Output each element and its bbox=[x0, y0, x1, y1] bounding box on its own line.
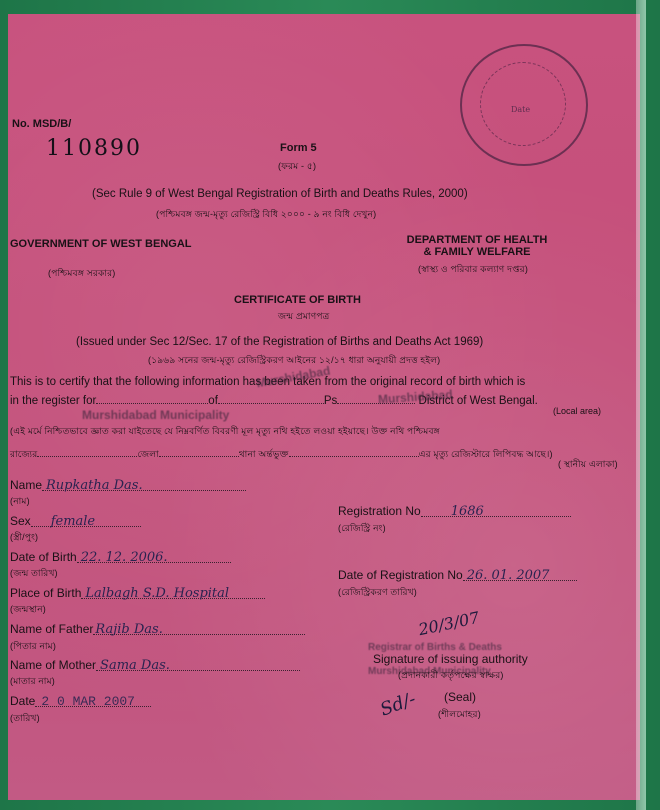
certificate-title-bn: জন্ম প্রমাণপত্র bbox=[278, 309, 329, 324]
field-registration-no: Registration No1686 bbox=[338, 504, 571, 518]
field-mother-value: Sama Das. bbox=[96, 658, 300, 671]
field-dob-label-bn: (জন্ম তারিখ) bbox=[10, 566, 58, 581]
issued-under: (Issued under Sec 12/Sec. 17 of the Regi… bbox=[76, 336, 483, 348]
field-registration-no-value: 1686 bbox=[421, 504, 571, 517]
field-name-label-bn: (নাম) bbox=[10, 494, 30, 509]
seal-label: (Seal) bbox=[444, 690, 476, 704]
field-date-value: 2 0 MAR 2007 bbox=[35, 694, 151, 707]
field-father: Name of FatherRajib Das. bbox=[10, 622, 305, 636]
field-mother-label-bn: (মাতার নাম) bbox=[10, 674, 55, 689]
form-label-bn: (ফরম - ৫) bbox=[278, 159, 316, 174]
issued-under-bn: (১৯৬৯ সনের জন্ম-মৃত্যু রেজিস্ট্রিকরণ আইন… bbox=[148, 353, 440, 368]
signature-label: Signature of issuing authority bbox=[373, 652, 528, 666]
field-sex-label-bn: (স্ত্রী/পুং) bbox=[10, 530, 38, 545]
field-dob-value: 22. 12. 2006. bbox=[77, 550, 231, 563]
certify-bn-line-1: (এই মর্মে নিশ্চিতভাবে জ্ঞাত করা যাইতেছে … bbox=[10, 424, 440, 439]
department-label-bn: (স্বাস্থ্য ও পরিবার কল্যাণ দপ্তর) bbox=[418, 262, 528, 277]
field-mother: Name of MotherSama Das. bbox=[10, 658, 300, 672]
field-father-label-bn: (পিতার নাম) bbox=[10, 639, 56, 654]
local-area-label: (Local area) bbox=[553, 406, 601, 416]
form-label: Form 5 bbox=[280, 142, 317, 154]
government-label: GOVERNMENT OF WEST BENGAL bbox=[10, 238, 192, 250]
field-date-label-bn: (তারিখ) bbox=[10, 711, 40, 726]
government-label-bn: (পশ্চিমবঙ্গ সরকার) bbox=[48, 266, 115, 281]
stamp-municipality: Murshidabad Municipality bbox=[82, 408, 229, 422]
round-office-seal: Date bbox=[460, 44, 588, 166]
certify-bn-line-2: রাজ্যেরজেলাথানা অর্ন্তভুক্তএর মৃত্যু রেজ… bbox=[10, 444, 553, 462]
initials-signature: Sd/- bbox=[377, 688, 418, 720]
rule-reference-bn: (পশ্চিমবঙ্গ জন্ম-মৃত্যু রেজিস্ট্রি বিধি … bbox=[156, 207, 376, 222]
handwritten-signature-date: 20/3/07 bbox=[417, 608, 481, 639]
field-registration-no-label-bn: (রেজিস্ট্রি নং) bbox=[338, 521, 386, 536]
plastic-sleeve-edge bbox=[636, 0, 646, 810]
certify-line-2: in the register forofPs District of West… bbox=[10, 391, 538, 407]
certificate-title: CERTIFICATE OF BIRTH bbox=[234, 294, 361, 306]
field-date: Date2 0 MAR 2007 bbox=[10, 694, 151, 708]
field-place-of-birth: Place of BirthLalbagh S.D. Hospital bbox=[10, 586, 265, 600]
field-name: NameRupkatha Das. bbox=[10, 478, 246, 492]
birth-certificate: Date No. MSD/B/ 110890 Form 5 (ফরম - ৫) … bbox=[8, 14, 640, 800]
field-registration-date: Date of Registration No26. 01. 2007 bbox=[338, 568, 577, 582]
field-place-of-birth-label-bn: (জন্মস্থান) bbox=[10, 602, 46, 617]
signature-label-bn: (প্রদানকারী কর্তৃপক্ষের স্বাক্ষর) bbox=[398, 668, 504, 683]
serial-number: 110890 bbox=[46, 136, 142, 161]
field-name-value: Rupkatha Das. bbox=[42, 478, 246, 491]
field-registration-date-label-bn: (রেজিস্ট্রিকরণ তারিখ) bbox=[338, 585, 417, 600]
seal-date-label: Date bbox=[511, 105, 530, 114]
field-sex: Sexfemale bbox=[10, 514, 141, 528]
local-area-label-bn: ( স্থানীয় এলাকা) bbox=[558, 457, 618, 472]
field-sex-value: female bbox=[31, 514, 141, 527]
field-registration-date-value: 26. 01. 2007 bbox=[463, 568, 577, 581]
field-father-value: Rajib Das. bbox=[93, 622, 305, 635]
rule-reference: (Sec Rule 9 of West Bengal Registration … bbox=[92, 188, 468, 200]
field-dob: Date of Birth22. 12. 2006. bbox=[10, 550, 231, 564]
field-place-of-birth-value: Lalbagh S.D. Hospital bbox=[81, 586, 265, 599]
serial-prefix: No. MSD/B/ bbox=[12, 118, 71, 130]
department-label: DEPARTMENT OF HEALTH & FAMILY WELFARE bbox=[402, 234, 552, 258]
seal-label-bn: (শীলমোহর) bbox=[438, 707, 481, 722]
